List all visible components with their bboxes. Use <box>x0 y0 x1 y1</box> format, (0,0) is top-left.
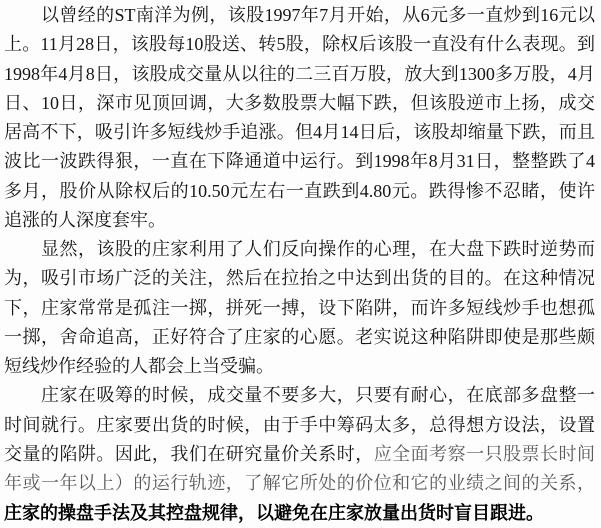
text-segment-normal: 居高不下，吸引许多短线炒手追涨。但4月14日后，该股却缩量下跌，而且一 <box>4 122 595 147</box>
text-line: 居高不下，吸引许多短线炒手追涨。但4月14日后，该股却缩量下跌，而且一 <box>0 118 601 147</box>
text-segment-normal: 上。11月28日，该股每10股送、转5股，除权后该股一直没有什么表现。到 <box>4 34 595 54</box>
text-line: 多月，股价从除权后的10.50元左右一直跌到4.80元。跌得惨不忍睹，使许多 <box>0 177 601 206</box>
text-segment-normal: 短线炒作经验的人都会上当受骗。 <box>4 356 274 376</box>
paragraph-3: 庄家在吸筹的时候，成交量不要多大，只要有耐心，在底部多盘整一段时间就行。庄家要出… <box>0 381 601 527</box>
text-segment-bold: 庄家的操盘手法及其控盘规律，以避免在庄家放量出货时盲目跟进。 <box>4 503 544 523</box>
text-segment-normal: 显然，该股的庄家利用了人们反向操作的心理，在大盘下跌时逆势而 <box>41 239 595 259</box>
text-line: 下，庄家常常是孤注一掷，拼死一搏，设下陷阱，而许多短线炒手也想孤注 <box>0 294 601 323</box>
text-segment-normal: 以曾经的ST南洋为例，该股1997年7月开始，从6元多一直炒到16元以 <box>41 5 595 25</box>
text-segment-normal: 追涨的人深度套牢。 <box>4 210 166 230</box>
text-line: 波比一波跌得狠，一直在下降通道中运行。到1998年8月31日，整整跌了4个 <box>0 147 601 176</box>
text-segment-normal: 交量的陷阱。因此，我们在研究量价关系时， <box>4 444 374 464</box>
text-line: 以曾经的ST南洋为例，该股1997年7月开始，从6元多一直炒到16元以 <box>0 1 601 30</box>
text-line: 日、10日，深市见顶回调，大多数股票大幅下跌，但该股逆市上扬，成交量 <box>0 89 601 118</box>
text-line: 年或一年以上）的运行轨迹，了解它所处的价位和它的业绩之间的关系，摸清 <box>0 469 601 498</box>
document-page: 以曾经的ST南洋为例，该股1997年7月开始，从6元多一直炒到16元以上。11月… <box>0 0 601 528</box>
text-line: 追涨的人深度套牢。 <box>0 206 601 235</box>
text-segment-light: 年或一年以上）的运行轨迹，了解它所处的价位和它的业绩之间的关系， <box>4 473 595 493</box>
text-segment-normal: 波比一波跌得狠，一直在下降通道中运行。到1998年8月31日，整整跌了4个 <box>4 151 595 176</box>
paragraph-1: 以曾经的ST南洋为例，该股1997年7月开始，从6元多一直炒到16元以上。11月… <box>0 1 601 235</box>
text-segment-normal: 日、10日，深市见顶回调，大多数股票大幅下跌，但该股逆市上扬，成交量 <box>4 93 595 118</box>
text-line: 庄家的操盘手法及其控盘规律，以避免在庄家放量出货时盲目跟进。 <box>0 499 601 528</box>
text-segment-normal: 下，庄家常常是孤注一掷，拼死一搏，设下陷阱，而许多短线炒手也想孤注 <box>4 298 595 323</box>
text-segment-normal: 庄家在吸筹的时候，成交量不要多大，只要有耐心，在底部多盘整一段 <box>4 385 595 410</box>
text-line: 时间就行。庄家要出货的时候，由于手中筹码太多，总得想方设法，设置成 <box>0 411 601 440</box>
text-line: 为，吸引市场广泛的关注，然后在拉抬之中达到出货的目的。在这种情况 <box>0 264 601 293</box>
text-line: 庄家在吸筹的时候，成交量不要多大，只要有耐心，在底部多盘整一段 <box>0 381 601 410</box>
text-line: 显然，该股的庄家利用了人们反向操作的心理，在大盘下跌时逆势而 <box>0 235 601 264</box>
text-line: 短线炒作经验的人都会上当受骗。 <box>0 352 601 381</box>
text-line: 一掷，舍命追高，正好符合了庄家的心愿。老实说这种陷阱即使是那些颇有 <box>0 323 601 352</box>
paragraph-2: 显然，该股的庄家利用了人们反向操作的心理，在大盘下跌时逆势而为，吸引市场广泛的关… <box>0 235 601 381</box>
text-segment-normal: 一掷，舍命追高，正好符合了庄家的心愿。老实说这种陷阱即使是那些颇有 <box>4 327 595 352</box>
text-line: 交量的陷阱。因此，我们在研究量价关系时，应全面考察一只股票长时间（半 <box>0 440 601 469</box>
text-segment-normal: 为，吸引市场广泛的关注，然后在拉抬之中达到出货的目的。在这种情况 <box>4 268 595 288</box>
text-line: 1998年4月8日，该股成交量从以往的二三百万股，放大到1300多万股，4月9 <box>0 60 601 89</box>
text-line: 上。11月28日，该股每10股送、转5股，除权后该股一直没有什么表现。到 <box>0 30 601 59</box>
text-segment-normal: 时间就行。庄家要出货的时候，由于手中筹码太多，总得想方设法，设置成 <box>4 415 595 440</box>
text-segment-normal: 1998年4月8日，该股成交量从以往的二三百万股，放大到1300多万股，4月9 <box>4 64 595 89</box>
text-segment-normal: 多月，股价从除权后的10.50元左右一直跌到4.80元。跌得惨不忍睹，使许多 <box>4 181 595 206</box>
